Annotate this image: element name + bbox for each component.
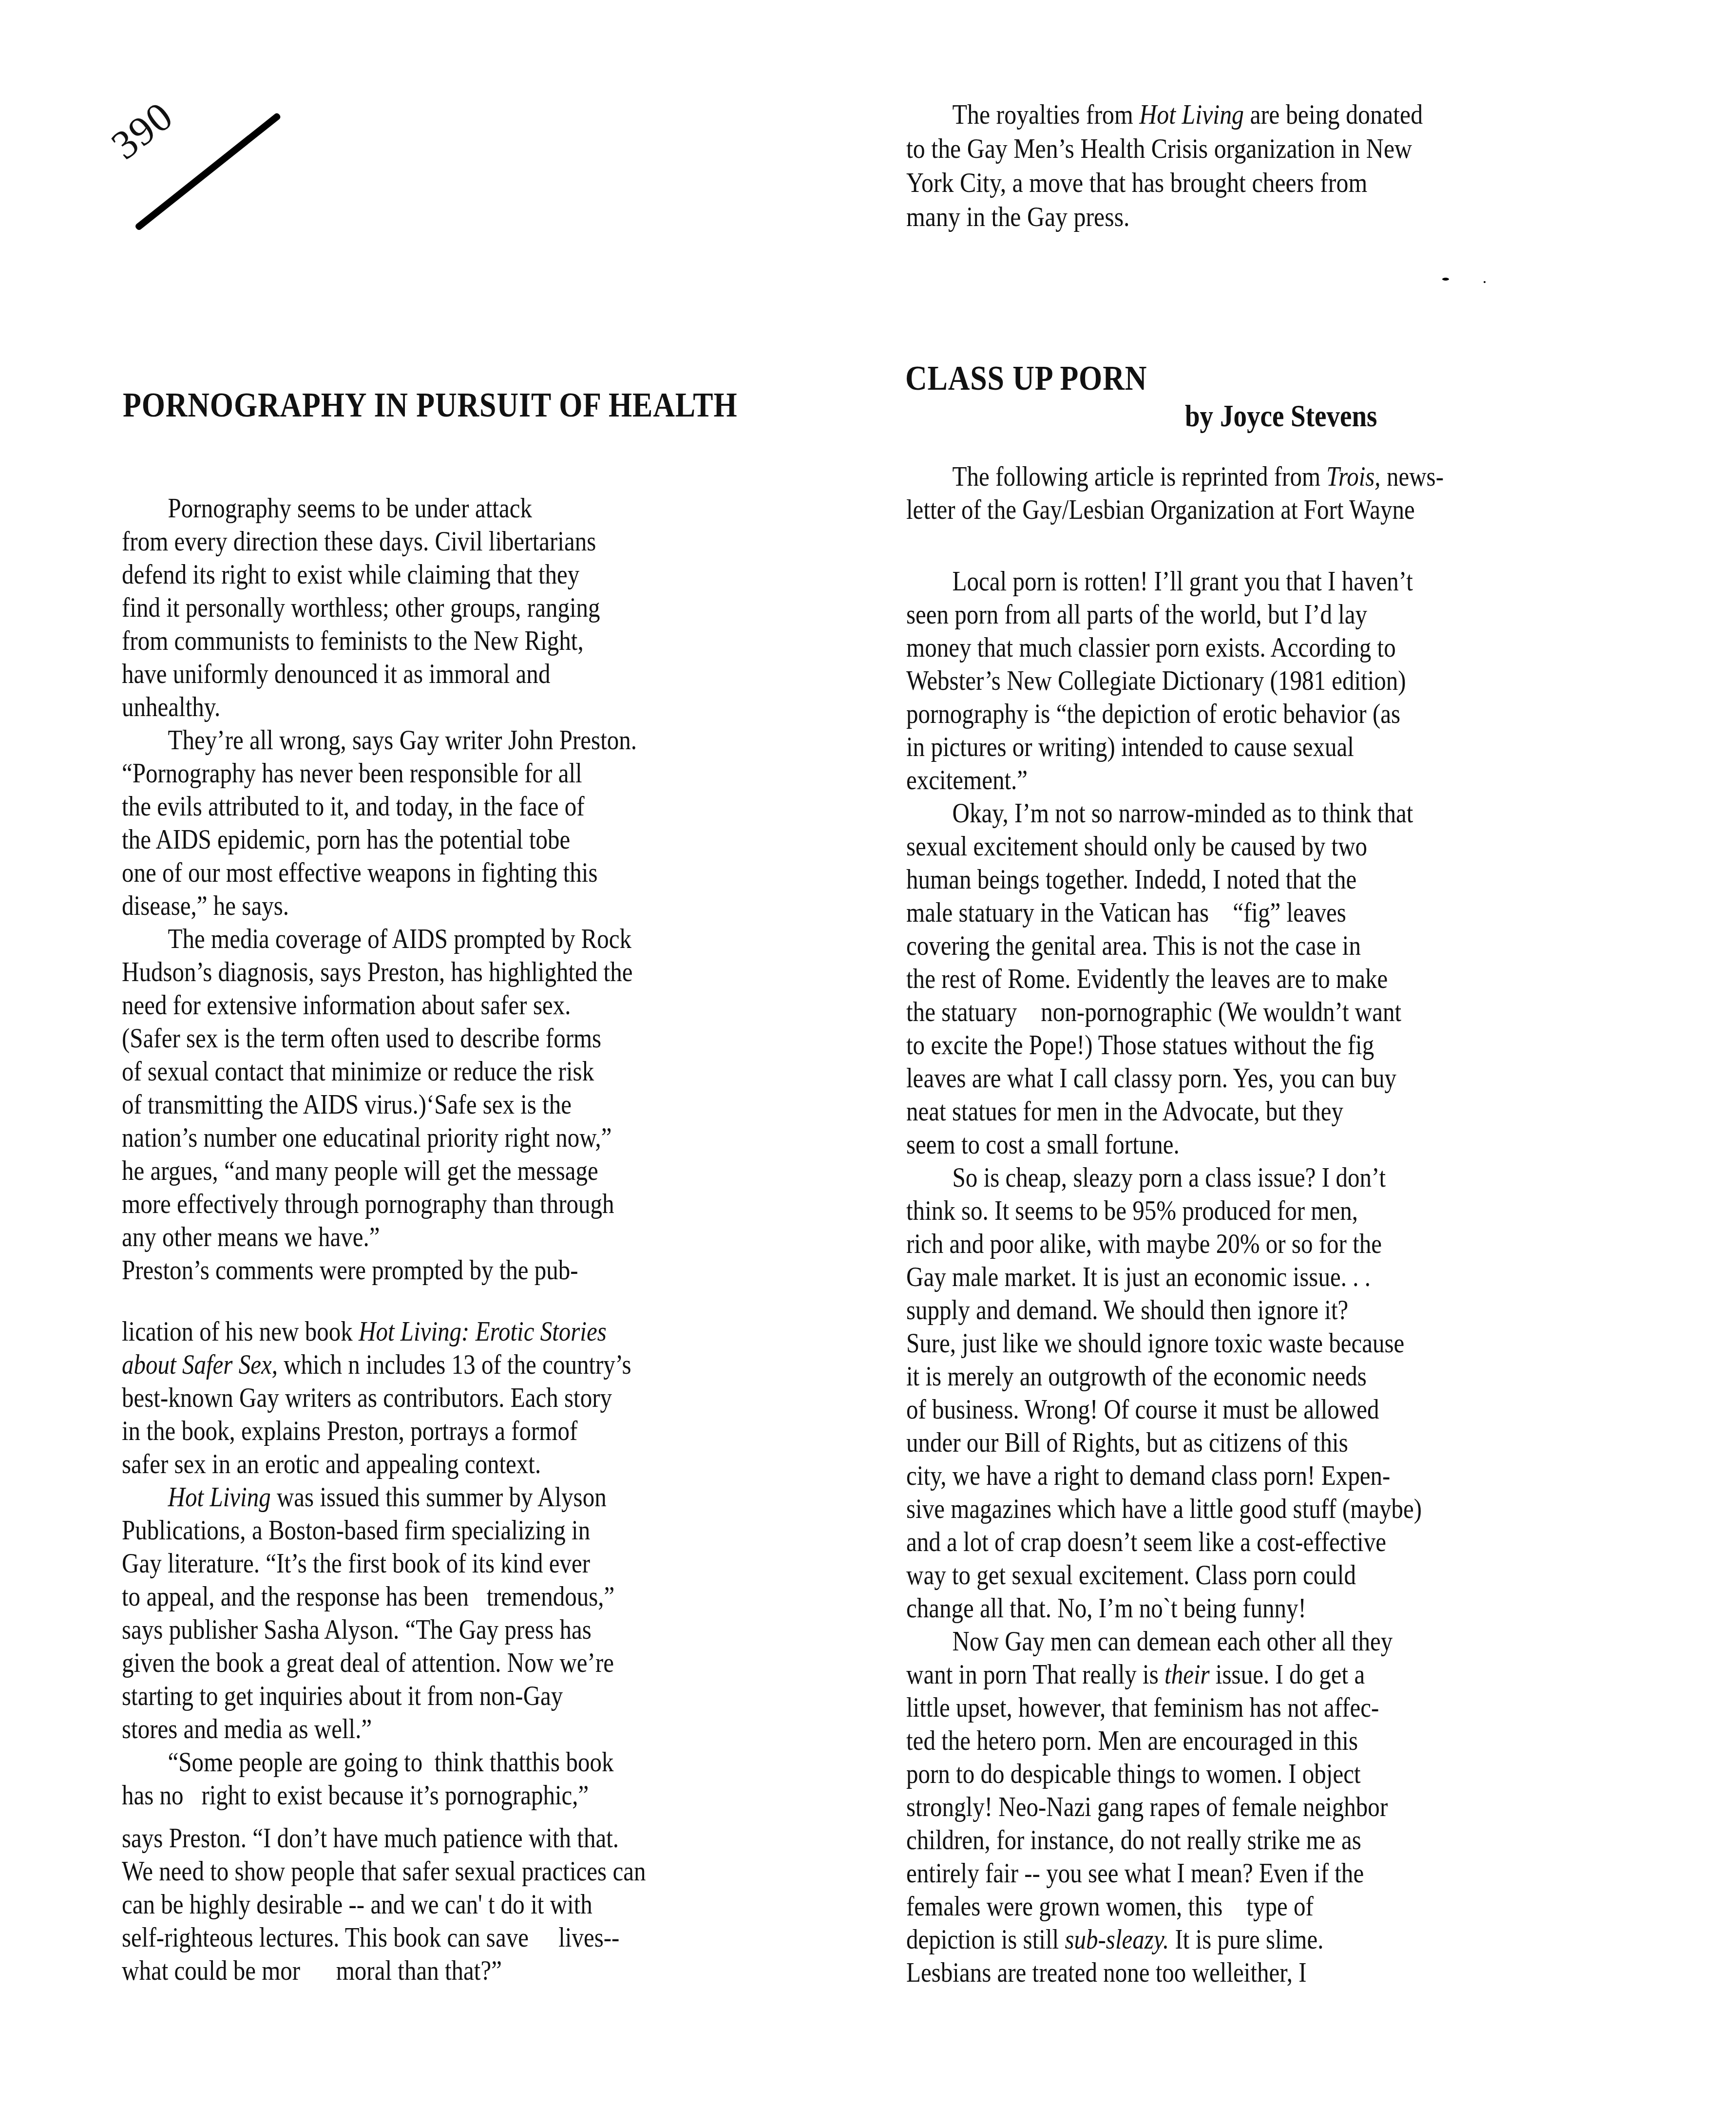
text-run: neat statues for men in the Advocate, bu… [906,1096,1343,1127]
text-run: They’re all wrong, says Gay writer John … [168,725,637,756]
italic-text: their [1164,1659,1210,1690]
left-block-2: lication of his new book Hot Living: Ero… [122,1315,872,1812]
text-run: what could be mor moral than that?” [122,1955,502,1986]
text-run: Webster’s New Collegiate Dictionary (198… [906,665,1406,696]
text-line: Pornography seems to be under attack [122,492,767,525]
text-line: strongly! Neo-Nazi gang rapes of female … [906,1791,1543,1824]
text-line: They’re all wrong, says Gay writer John … [122,724,767,757]
text-line: The media coverage of AIDS prompted by R… [122,923,767,956]
text-line: says publisher Sasha Alyson. “The Gay pr… [122,1613,767,1647]
text-run: can be highly desirable -- and we can' t… [122,1889,592,1920]
text-line: So is cheap, sleazy porn a class issue? … [906,1161,1543,1194]
text-line: any other means we have.” [122,1221,767,1254]
text-run: it is merely an outgrowth of the economi… [906,1361,1367,1392]
text-run: covering the genital area. This is not t… [906,930,1361,961]
text-line: covering the genital area. This is not t… [906,929,1543,963]
text-line: find it personally worthless; other grou… [122,591,767,625]
left-block-1: Pornography seems to be under attackfrom… [122,492,872,1287]
text-line: from every direction these days. Civil l… [122,525,767,558]
text-line: change all that. No, I’m no`t being funn… [906,1592,1543,1625]
text-line: sexual excitement should only be caused … [906,830,1543,863]
text-run: depiction is still [906,1924,1065,1955]
text-line: entirely fair -- you see what I mean? Ev… [906,1857,1543,1890]
text-run: money that much classier porn exists. Ac… [906,632,1396,663]
text-line: to the Gay Men’s Health Crisis organizat… [906,132,1543,166]
text-line: “Pornography has never been responsible … [122,757,767,790]
text-run: one of our most effective weapons in fig… [122,857,598,888]
text-run: “Some people are going to think thatthis… [168,1747,614,1778]
text-line: Gay male market. It is just an economic … [906,1261,1543,1294]
text-run: females were grown women, this type of [906,1891,1314,1922]
text-run: The media coverage of AIDS prompted by R… [168,924,632,954]
italic-text: sub-sleazy. [1065,1924,1169,1955]
text-line: city, we have a right to demand class po… [906,1459,1543,1493]
text-run: defend its right to exist while claiming… [122,559,579,590]
text-run: city, we have a right to demand class po… [906,1460,1390,1491]
text-line: and a lot of crap doesn’t seem like a co… [906,1526,1543,1559]
text-run: Sure, just like we should ignore toxic w… [906,1328,1404,1359]
text-line: Okay, I’m not so narrow-minded as to thi… [906,797,1543,830]
text-run: says publisher Sasha Alyson. “The Gay pr… [122,1614,591,1645]
text-run: of business. Wrong! Of course it must be… [906,1394,1379,1425]
text-run: way to get sexual excitement. Class porn… [906,1560,1356,1591]
speck [1442,278,1449,281]
text-line: porn to do despicable things to women. I… [906,1758,1543,1791]
text-line: stores and media as well.” [122,1713,767,1746]
text-run: the AIDS epidemic, porn has the potentia… [122,824,570,855]
text-run: find it personally worthless; other grou… [122,592,600,623]
text-line: Now Gay men can demean each other all th… [906,1625,1543,1658]
text-run: The following article is reprinted from [953,461,1327,492]
text-line: of sexual contact that minimize or reduc… [122,1055,767,1088]
text-run: says Preston. “I don’t have much patienc… [122,1823,619,1854]
text-run: children, for instance, do not really st… [906,1825,1361,1856]
italic-text: Hot Living [168,1482,271,1513]
text-run: starting to get inquiries about it from … [122,1681,563,1711]
text-run: letter of the Gay/Lesbian Organization a… [906,494,1415,525]
article-right-body: Local porn is rotten! I’ll grant you tha… [906,565,1647,1989]
left-block-3: says Preston. “I don’t have much patienc… [122,1822,872,1988]
text-run: to the Gay Men’s Health Crisis organizat… [906,133,1412,164]
text-run: under our Bill of Rights, but as citizen… [906,1427,1348,1458]
text-line: disease,” he says. [122,890,767,923]
text-line: many in the Gay press. [906,200,1543,234]
text-run: Okay, I’m not so narrow-minded as to thi… [953,798,1413,829]
text-run: of transmitting the AIDS virus.)‘Safe se… [122,1089,572,1120]
text-run: strongly! Neo-Nazi gang rapes of female … [906,1792,1388,1822]
text-line: seen porn from all parts of the world, b… [906,598,1543,631]
text-run: any other means we have.” [122,1222,380,1252]
text-line: it is merely an outgrowth of the economi… [906,1360,1543,1393]
text-run: Now Gay men can demean each other all th… [953,1626,1393,1657]
text-line: way to get sexual excitement. Class porn… [906,1559,1543,1592]
text-line: under our Bill of Rights, but as citizen… [906,1426,1543,1459]
text-line: Hudson’s diagnosis, says Preston, has hi… [122,956,767,989]
text-line: need for extensive information about saf… [122,989,767,1022]
text-run: the rest of Rome. Evidently the leaves a… [906,964,1388,994]
reprint-intro: The following article is reprinted from … [906,460,1647,527]
text-run: The royalties from [953,98,1140,130]
text-run: Gay literature. “It’s the first book of … [122,1548,590,1579]
text-line: Lesbians are treated none too welleither… [906,1956,1543,1989]
text-run: the evils attributed to it, and today, i… [122,791,585,822]
text-line: sive magazines which have a little good … [906,1493,1543,1526]
text-line: self-righteous lectures. This book can s… [122,1921,767,1954]
text-run: stores and media as well.” [122,1714,372,1744]
royalties-note: The royalties from Hot Living are being … [906,97,1647,234]
text-run: Gay male market. It is just an economic … [906,1262,1371,1292]
text-run: the statuary non-pornographic (We wouldn… [906,997,1401,1027]
text-line: in pictures or writing) intended to caus… [906,731,1543,764]
text-line: little upset, however, that feminism has… [906,1691,1543,1724]
text-line: he argues, “and many people will get the… [122,1155,767,1188]
text-run: sexual excitement should only be caused … [906,831,1367,862]
text-line: depiction is still sub-sleazy. It is pur… [906,1923,1543,1956]
text-run: Local porn is rotten! I’ll grant you tha… [953,566,1413,597]
italic-text: about Safer Sex, [122,1349,278,1380]
text-line: of business. Wrong! Of course it must be… [906,1393,1543,1426]
text-run: little upset, however, that feminism has… [906,1692,1379,1723]
text-run: Hudson’s diagnosis, says Preston, has hi… [122,957,632,987]
text-run: in pictures or writing) intended to caus… [906,732,1354,762]
text-run: given the book a great deal of attention… [122,1648,614,1678]
text-line: Webster’s New Collegiate Dictionary (198… [906,664,1543,698]
text-line: The royalties from Hot Living are being … [906,97,1543,132]
italic-text: Trois, [1326,461,1380,492]
text-run: Preston’s comments were prompted by the … [122,1255,578,1286]
text-run: safer sex in an erotic and appealing con… [122,1449,541,1479]
text-line: supply and demand. We should then ignore… [906,1294,1543,1327]
text-run: pornography is “the depiction of erotic … [906,699,1400,729]
text-run: leaves are what I call classy porn. Yes,… [906,1063,1396,1094]
headline-left: PORNOGRAPHY IN PURSUIT OF HEALTH [123,385,737,425]
text-run: entirely fair -- you see what I mean? Ev… [906,1858,1364,1889]
text-run: news- [1381,461,1444,492]
text-run: in the book, explains Preston, portrays … [122,1416,577,1446]
text-line: human beings together. Indedd, I noted t… [906,863,1543,896]
text-line: The following article is reprinted from … [906,460,1543,493]
text-line: has no right to exist because it’s porno… [122,1779,767,1812]
text-line: Hot Living was issued this summer by Aly… [122,1481,767,1514]
text-run: lication of his new book [122,1316,359,1347]
text-run: excitement.” [906,765,1028,796]
text-run: seem to cost a small fortune. [906,1129,1180,1160]
text-run: nation’s number one educatinal priority … [122,1122,612,1153]
text-line: about Safer Sex, which n includes 13 of … [122,1348,767,1382]
text-line: We need to show people that safer sexual… [122,1855,767,1888]
italic-text: Hot Living: Erotic Stories [359,1316,607,1347]
text-run: more effectively through pornography tha… [122,1189,614,1219]
text-run: (Safer sex is the term often used to des… [122,1023,601,1054]
text-run: seen porn from all parts of the world, b… [906,599,1367,630]
text-line: the evils attributed to it, and today, i… [122,790,767,823]
text-line: pornography is “the depiction of erotic … [906,698,1543,731]
text-run: from every direction these days. Civil l… [122,526,596,557]
text-run: It is pure slime. [1169,1924,1323,1955]
byline: by Joyce Stevens [1185,398,1377,434]
text-run: rich and poor alike, with maybe 20% or s… [906,1229,1382,1259]
text-line: the statuary non-pornographic (We wouldn… [906,996,1543,1029]
text-run: sive magazines which have a little good … [906,1494,1422,1524]
text-run: ted the hetero porn. Men are encouraged … [906,1725,1358,1756]
page-number: 390 [102,92,182,169]
text-line: Publications, a Boston-based firm specia… [122,1514,767,1547]
text-line: of transmitting the AIDS virus.)‘Safe se… [122,1088,767,1121]
text-run: Publications, a Boston-based firm specia… [122,1515,590,1546]
text-line: neat statues for men in the Advocate, bu… [906,1095,1543,1128]
text-line: “Some people are going to think thatthis… [122,1746,767,1779]
text-run: unhealthy. [122,692,220,722]
text-run: Pornography seems to be under attack [168,493,532,524]
text-run: of sexual contact that minimize or reduc… [122,1056,594,1087]
text-run: issue. I do get a [1210,1659,1365,1690]
text-line: money that much classier porn exists. Ac… [906,631,1543,664]
text-line: rich and poor alike, with maybe 20% or s… [906,1228,1543,1261]
text-line: children, for instance, do not really st… [906,1824,1543,1857]
text-run: he argues, “and many people will get the… [122,1156,598,1186]
text-line: lication of his new book Hot Living: Ero… [122,1315,767,1348]
text-line: leaves are what I call classy porn. Yes,… [906,1062,1543,1095]
text-line: the AIDS epidemic, porn has the potentia… [122,823,767,856]
text-line: excitement.” [906,764,1543,797]
text-run: human beings together. Indedd, I noted t… [906,864,1356,895]
text-run: which n includes 13 of the country’s [278,1349,631,1380]
text-run: We need to show people that safer sexual… [122,1856,646,1887]
text-run: and a lot of crap doesn’t seem like a co… [906,1527,1386,1557]
text-line: in the book, explains Preston, portrays … [122,1415,767,1448]
headline-right: CLASS UP PORN [905,358,1147,398]
text-line: what could be mor moral than that?” [122,1954,767,1988]
text-run: need for extensive information about saf… [122,990,571,1021]
text-run: self-righteous lectures. This book can s… [122,1922,619,1953]
text-line: females were grown women, this type of [906,1890,1543,1923]
text-run: disease,” he says. [122,890,289,921]
text-line: says Preston. “I don’t have much patienc… [122,1822,767,1855]
text-run: have uniformly denounced it as immoral a… [122,659,550,689]
text-run: supply and demand. We should then ignore… [906,1295,1348,1326]
text-run: are being donated [1244,98,1423,130]
text-run: want in porn That really is [906,1659,1164,1690]
text-line: nation’s number one educatinal priority … [122,1121,767,1155]
text-line: letter of the Gay/Lesbian Organization a… [906,493,1543,527]
text-run: male statuary in the Vatican has “fig” l… [906,897,1346,928]
text-run: change all that. No, I’m no`t being funn… [906,1593,1306,1624]
text-line: more effectively through pornography tha… [122,1188,767,1221]
speck [1484,281,1486,283]
text-run: best-known Gay writers as contributors. … [122,1383,612,1413]
text-run: York City, a move that has brought cheer… [906,167,1367,198]
text-run: “Pornography has never been responsible … [122,758,582,789]
text-line: safer sex in an erotic and appealing con… [122,1448,767,1481]
text-line: starting to get inquiries about it from … [122,1680,767,1713]
text-line: defend its right to exist while claiming… [122,558,767,591]
text-line: to appeal, and the response has been tre… [122,1580,767,1613]
text-line: given the book a great deal of attention… [122,1647,767,1680]
text-line: to excite the Pope!) Those statues witho… [906,1029,1543,1062]
text-line: from communists to feminists to the New … [122,625,767,658]
text-run: porn to do despicable things to women. I… [906,1759,1361,1789]
text-line: think so. It seems to be 95% produced fo… [906,1194,1543,1228]
text-run: to appeal, and the response has been tre… [122,1581,614,1612]
text-run: was issued this summer by Alyson [271,1482,607,1513]
text-line: have uniformly denounced it as immoral a… [122,658,767,691]
text-line: unhealthy. [122,691,767,724]
text-line: want in porn That really is their issue.… [906,1658,1543,1691]
text-line: (Safer sex is the term often used to des… [122,1022,767,1055]
text-line: one of our most effective weapons in fig… [122,856,767,890]
text-run: think so. It seems to be 95% produced fo… [906,1195,1358,1226]
text-line: ted the hetero porn. Men are encouraged … [906,1724,1543,1758]
text-line: Local porn is rotten! I’ll grant you tha… [906,565,1543,598]
text-run: So is cheap, sleazy porn a class issue? … [953,1162,1386,1193]
text-run: from communists to feminists to the New … [122,625,584,656]
text-line: best-known Gay writers as contributors. … [122,1382,767,1415]
text-line: the rest of Rome. Evidently the leaves a… [906,963,1543,996]
text-line: seem to cost a small fortune. [906,1128,1543,1161]
text-line: Sure, just like we should ignore toxic w… [906,1327,1543,1360]
text-line: male statuary in the Vatican has “fig” l… [906,896,1543,929]
text-line: York City, a move that has brought cheer… [906,166,1543,200]
text-line: can be highly desirable -- and we can' t… [122,1888,767,1921]
text-line: Preston’s comments were prompted by the … [122,1254,767,1287]
text-line: Gay literature. “It’s the first book of … [122,1547,767,1580]
text-run: many in the Gay press. [906,201,1130,232]
italic-text: Hot Living [1139,98,1244,130]
text-run: Lesbians are treated none too welleither… [906,1957,1307,1988]
text-run: has no right to exist because it’s porno… [122,1780,589,1811]
text-run: to excite the Pope!) Those statues witho… [906,1030,1374,1061]
